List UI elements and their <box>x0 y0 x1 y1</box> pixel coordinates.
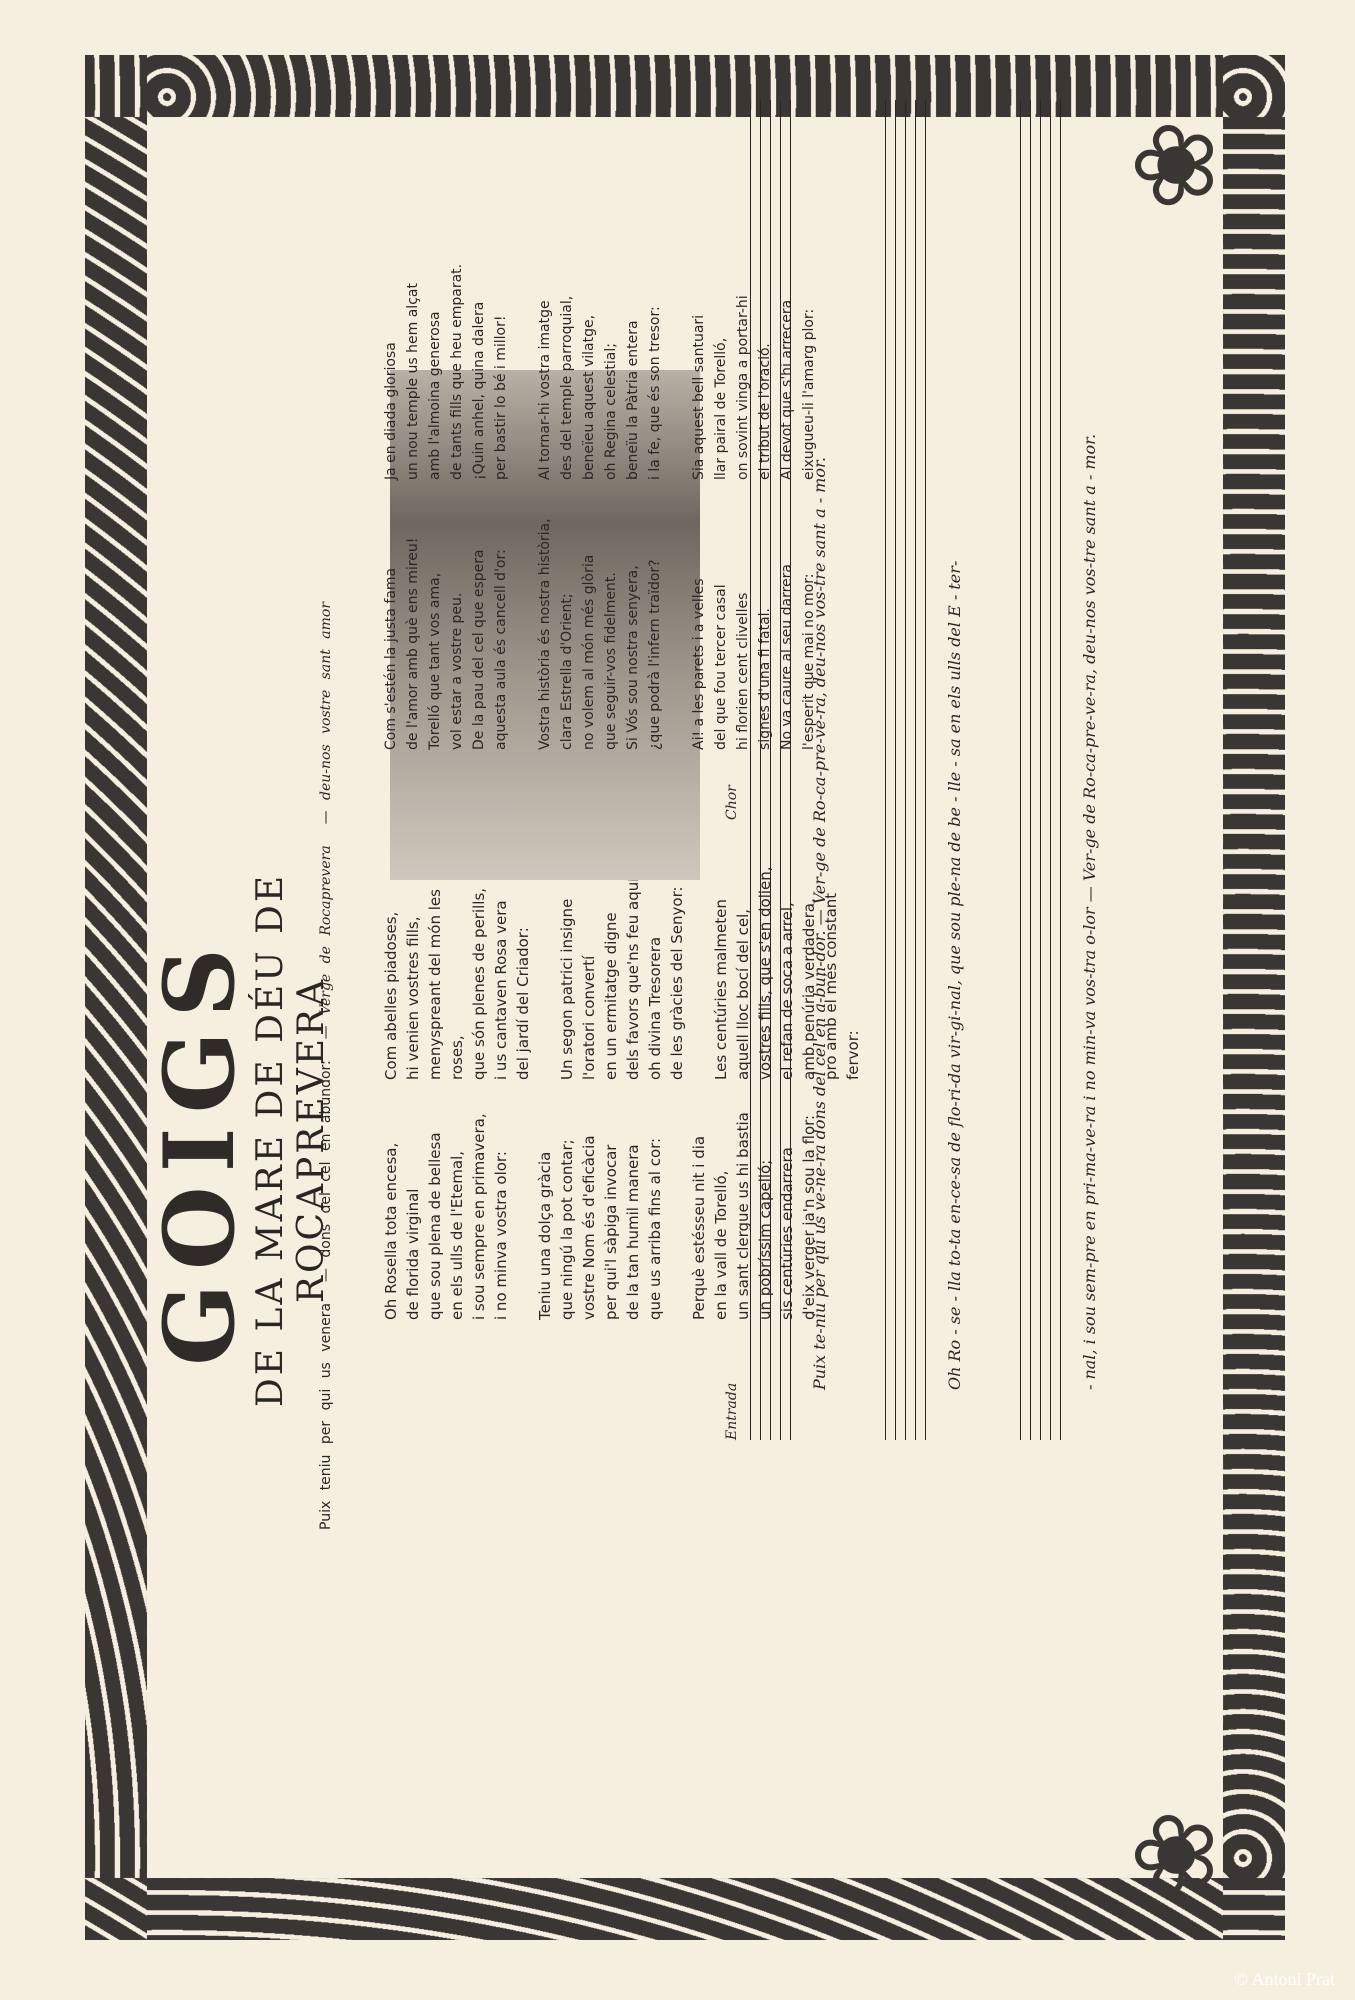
stanza: Vostra història és nostra història, clar… <box>534 510 666 750</box>
refrain: Puix teniu per qui us venera — dons del … <box>318 530 334 1530</box>
stanza: Com abelles piadoses, hi venien vostres … <box>380 850 534 1080</box>
copyright-credit: © Antoni Prat <box>1234 1969 1335 1990</box>
stanza: Com s'estén la justa fama de l'amor amb … <box>380 510 512 750</box>
lyric-line: - nal, i sou sem-pre en pri-ma-ve-ra i n… <box>1080 434 1099 1390</box>
lyric-line: Puix te-niu per qui us ve-ne-ra dons del… <box>810 457 829 1390</box>
staff-1: Entrada Chor Puix te-niu per qui us ve-n… <box>740 100 820 1440</box>
staff-2: Oh Ro - se - lla to-ta en-ce-sa de flo-r… <box>875 100 955 1440</box>
stanza: Ja en diada gloriosa un nou temple us he… <box>380 230 512 480</box>
stanza: Un segon patrici insigne l'oratori conve… <box>556 850 688 1080</box>
stanza: Teniu una dolça gràcia que ningú la pot … <box>534 1090 666 1320</box>
music-score: Entrada Chor Puix te-niu per qui us ve-n… <box>740 100 1160 1440</box>
page-title: GOIGS <box>150 750 250 1550</box>
lyric-line: Oh Ro - se - lla to-ta en-ce-sa de flo-r… <box>945 561 964 1390</box>
goigs-broadsheet: GOIGS DE LA MARE DE DÉU DE ROCAPREVERA P… <box>0 0 1355 2000</box>
chor-label: Chor <box>724 785 740 820</box>
stanza: Al tornar-hi vostra imatge des del templ… <box>534 230 666 480</box>
entrada-label: Entrada <box>724 1383 740 1440</box>
staff-3: - nal, i sou sem-pre en pri-ma-ve-ra i n… <box>1010 100 1090 1440</box>
stanza: Oh Rosella tota encesa, de florida virgi… <box>380 1090 512 1320</box>
flower-vase-icon: ❀ <box>1100 1780 1250 1930</box>
flower-vase-icon: ❀ <box>1100 90 1250 240</box>
